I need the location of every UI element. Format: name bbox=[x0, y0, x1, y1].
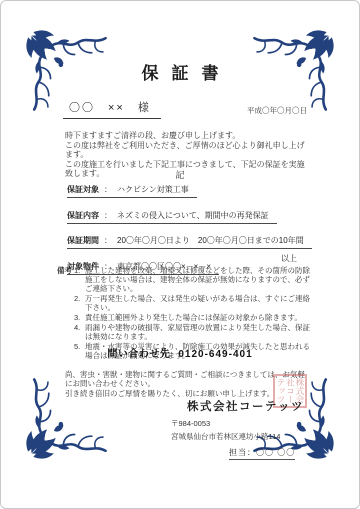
remarks-item-text: 施工した建物を改築、増築又は修復などをした際、その箇所の防除施工をしない場合は、… bbox=[85, 266, 310, 293]
item-separator: ： bbox=[99, 185, 117, 194]
remarks-item: 3.責任施工範囲外より発生した場合には保証の対象から除きます。 bbox=[74, 314, 311, 323]
remarks-item: 4.雨漏りや建物の破損等、家屋管理の放置により発生した場合、保証は無効になります… bbox=[74, 324, 311, 342]
record-marker: 記 bbox=[1, 168, 359, 181]
remarks-item-text: 万一再発生した場合、又は発生の疑いがある場合は、すぐにご連絡下さい。 bbox=[85, 294, 310, 312]
company-address: 宮城県仙台市若林区連坊小路114 bbox=[171, 431, 311, 442]
contact-label: 問い合わせ先 bbox=[107, 349, 170, 360]
company-staff-in-charge: 担当：〇〇 〇〇 bbox=[229, 447, 295, 460]
page-title: 保証書 bbox=[1, 59, 359, 84]
closing-line-1: 尚、害虫・害獣・建物に関するご質問・ご相談につきましては、お気軽にお問い合わせく… bbox=[65, 370, 305, 389]
remarks-item-number: 1. bbox=[74, 267, 80, 276]
item-separator: ： bbox=[99, 211, 117, 220]
item-label: 保証期間 bbox=[67, 236, 99, 245]
recipient-name: 〇〇 ×× 様 bbox=[63, 99, 161, 119]
closing-paragraph: 尚、害虫・害獣・建物に関するご質問・ご相談につきましては、お気軽にお問い合わせく… bbox=[65, 370, 305, 398]
remarks-item: 1.施工した建物を改築、増築又は修復などをした際、その箇所の防除施工をしない場合… bbox=[74, 267, 311, 293]
closing-marker: 以上 bbox=[281, 253, 297, 264]
item-separator: ： bbox=[99, 236, 117, 245]
issue-date: 平成〇年〇月〇日 bbox=[247, 105, 307, 116]
item-value: ハクビシン対策工事 bbox=[117, 185, 189, 194]
contact-phone-number: 0120-649-401 bbox=[178, 349, 252, 360]
greeting-line-1: 時下ますますご清祥の段、お慶び申し上げます。 bbox=[65, 131, 307, 141]
warranty-item-period: 保証期間：20〇年〇月〇日より 20〇年〇月〇日までの10年間 bbox=[67, 235, 312, 249]
warranty-item-content: 保証内容：ネズミの侵入について、期間中の再発保証 bbox=[67, 210, 277, 224]
item-label: 保証対象 bbox=[67, 185, 99, 194]
remarks-item-number: 3. bbox=[74, 314, 80, 323]
remarks-item-text: 雨漏りや建物の破損等、家屋管理の放置により発生した場合、保証は無効になります。 bbox=[85, 323, 310, 341]
item-label: 保証内容 bbox=[67, 211, 99, 220]
item-value: ネズミの侵入について、期間中の再発保証 bbox=[117, 211, 269, 220]
remarks-item-text: 責任施工範囲外より発生した場合には保証の対象から除きます。 bbox=[85, 313, 302, 322]
company-block: 株式会社コーテッツ 〒984-0053 宮城県仙台市若林区連坊小路114 担当：… bbox=[171, 398, 311, 460]
warranty-item-target: 保証対象：ハクビシン対策工事 bbox=[67, 184, 197, 198]
item-value: 20〇年〇月〇日より 20〇年〇月〇日までの10年間 bbox=[117, 236, 304, 245]
remarks-item-number: 4. bbox=[74, 324, 80, 333]
closing-line-2: 引き続き倍旧のご厚情を賜りたく、切にお願い申し上げます。 bbox=[65, 389, 305, 398]
remarks-item-number: 2. bbox=[74, 295, 80, 304]
contact-line: 問い合わせ先0120-649-401 bbox=[1, 345, 359, 360]
warranty-certificate-page: 保証書 〇〇 ×× 様 平成〇年〇月〇日 時下ますますご清祥の段、お慶び申し上げ… bbox=[0, 0, 360, 509]
remarks-item: 2.万一再発生した場合、又は発生の疑いがある場合は、すぐにご連絡下さい。 bbox=[74, 295, 311, 313]
company-postal-code: 〒984-0053 bbox=[171, 418, 311, 429]
company-name: 株式会社コーテッツ bbox=[187, 398, 311, 414]
greeting-line-2: この度は弊社をご利用いただき、ご厚情のほど心より御礼申し上げます。 bbox=[65, 141, 307, 160]
